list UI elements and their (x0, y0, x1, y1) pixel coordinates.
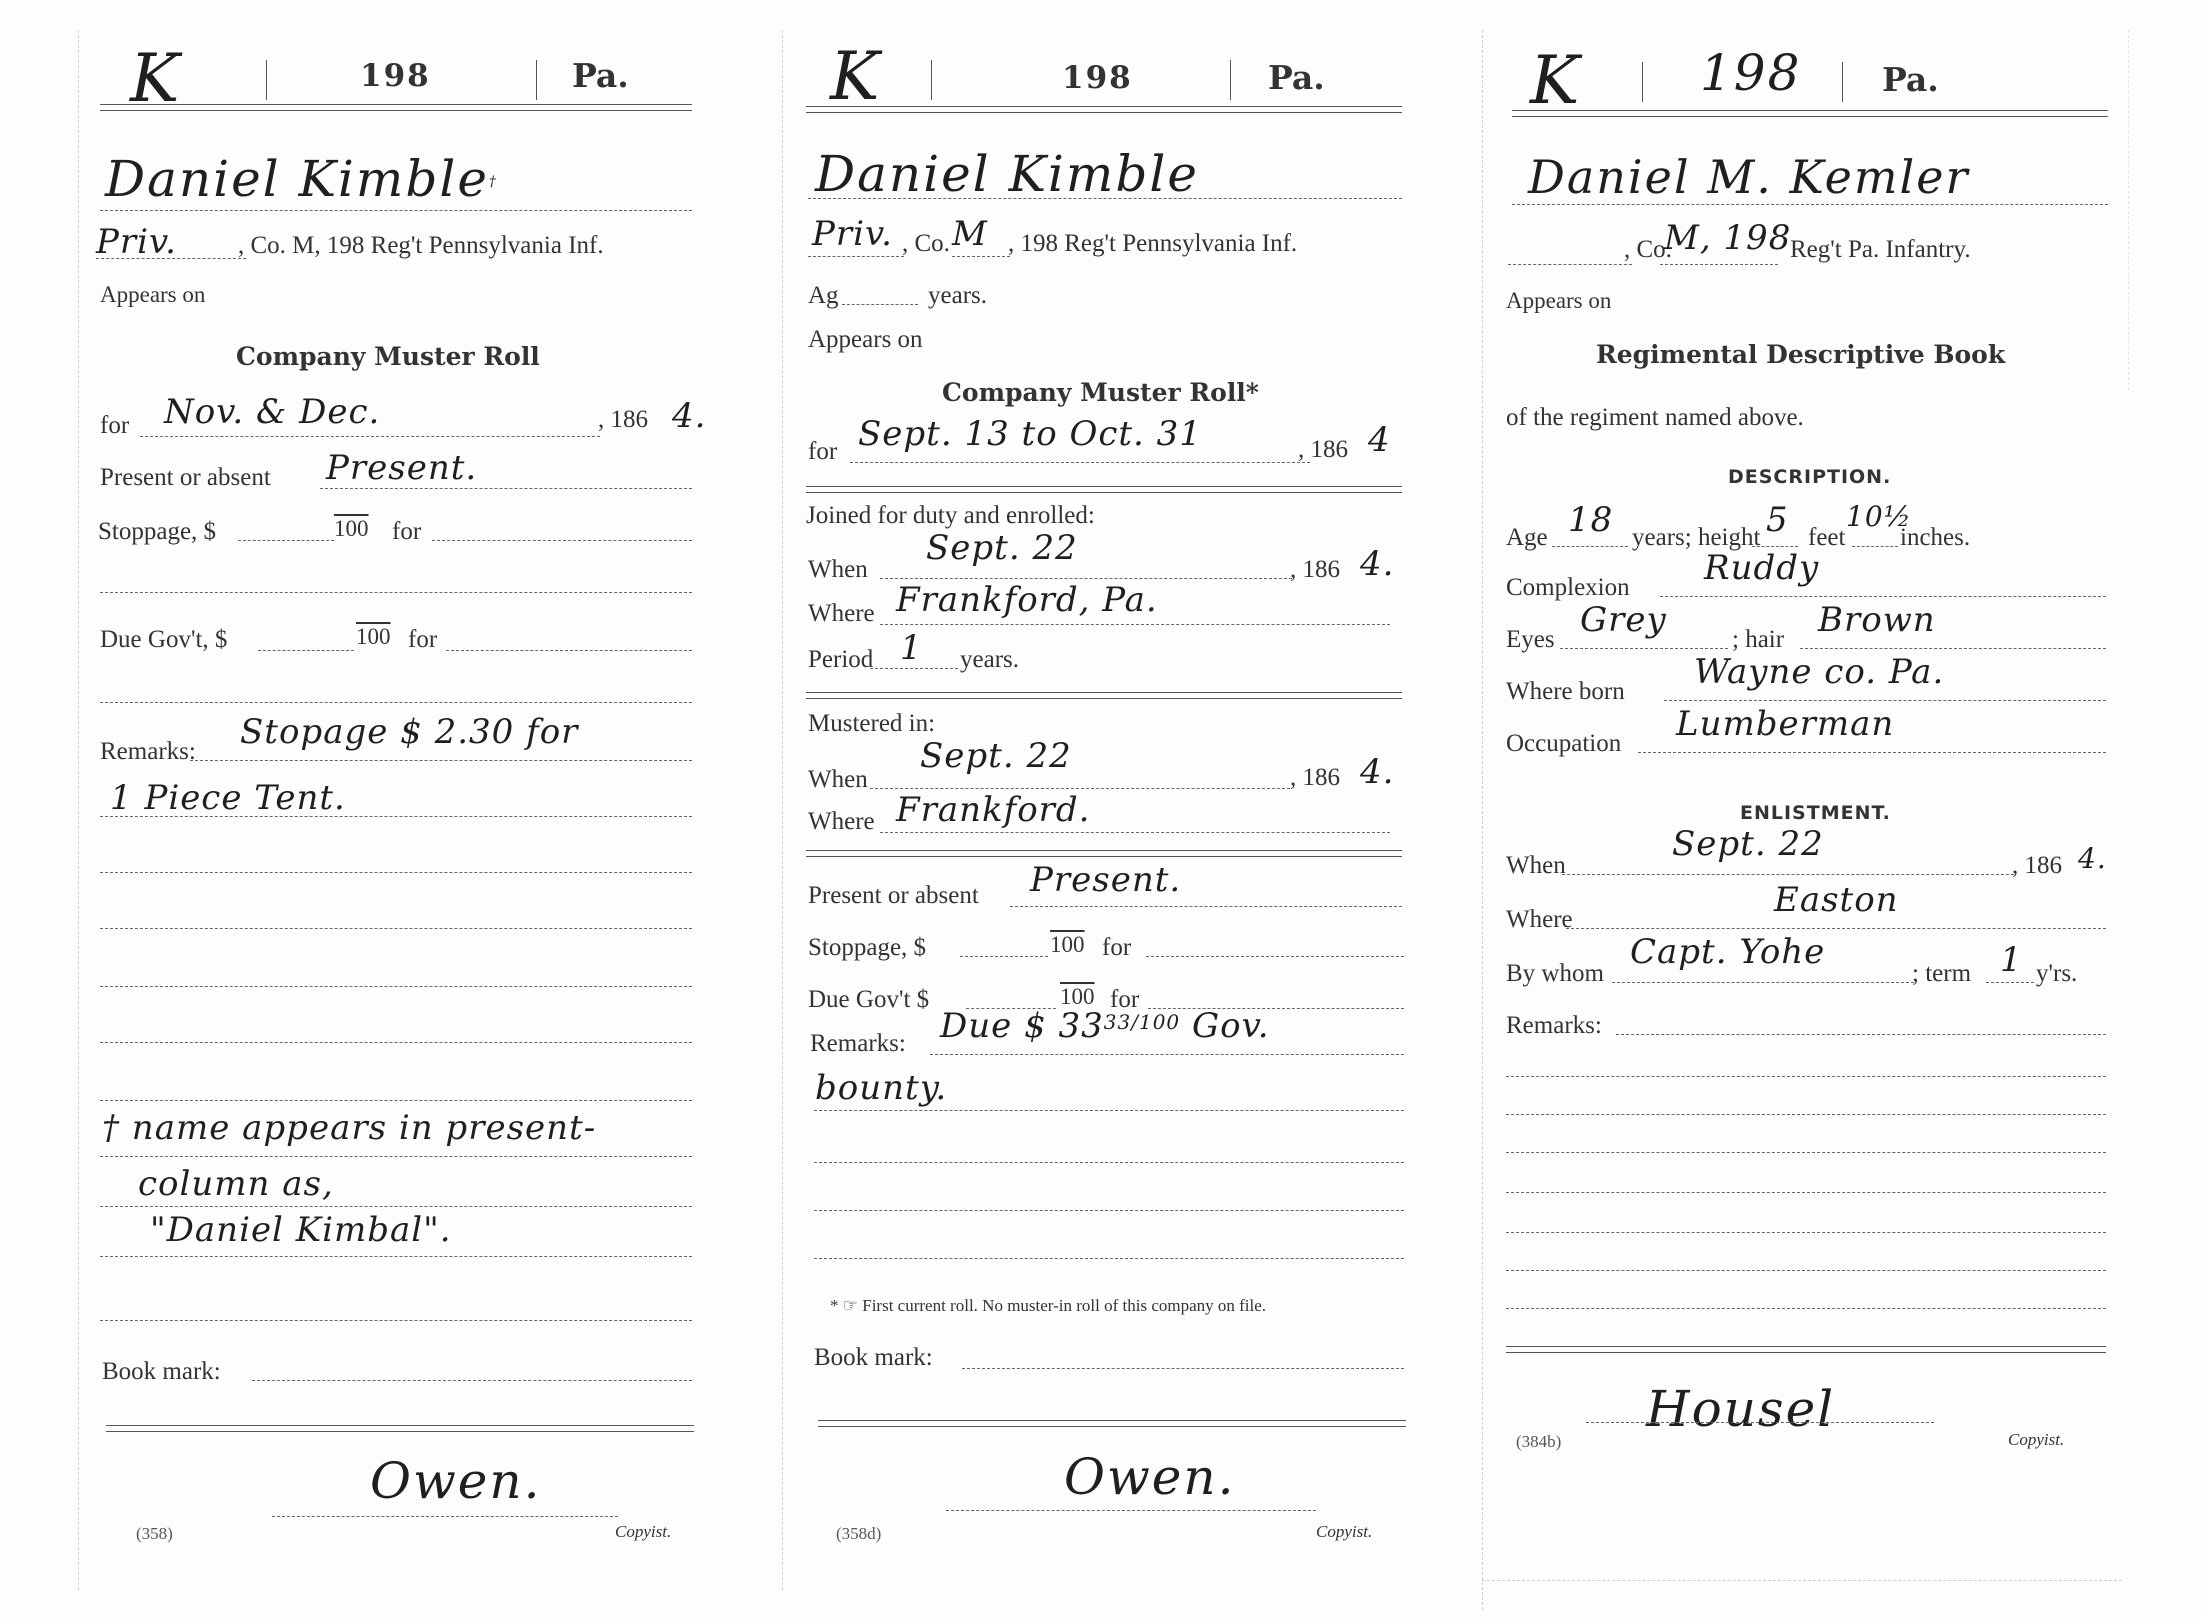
complexion-label: Complexion (1506, 574, 1630, 602)
header-rule (806, 106, 1402, 113)
mustered-when-line (870, 788, 1290, 789)
complexion-line (1660, 596, 2106, 597)
roll-period-value: Nov. & Dec. (164, 392, 380, 432)
header-divider (266, 60, 267, 100)
company-line (1660, 264, 1778, 265)
feet-line (1752, 546, 1798, 547)
header-divider (1842, 62, 1843, 102)
name-line (808, 198, 1402, 199)
year-digit: 4. (672, 396, 706, 436)
rank-line (808, 256, 904, 257)
copyist-label: Copyist. (2008, 1430, 2064, 1450)
age-value: 18 (1568, 500, 1613, 540)
copyist-signature: Housel (1646, 1380, 1835, 1438)
note-line-2: column as, (138, 1164, 334, 1204)
present-value: Present. (326, 448, 477, 488)
period-line (870, 668, 958, 669)
remarks-line (814, 1162, 1404, 1163)
joined-year-prefix: , 186 (1290, 556, 1340, 584)
remarks-line (1506, 1152, 2106, 1153)
header-rule (1512, 110, 2108, 117)
description-heading: DESCRIPTION. (1728, 466, 1891, 488)
rank-value: Priv. (812, 214, 893, 254)
due-gov-label: Due Gov't $ (808, 986, 929, 1014)
copyist-signature: Owen. (370, 1452, 541, 1510)
remarks-line (1506, 1114, 2106, 1115)
mustered-when-value: Sept. 22 (920, 736, 1072, 776)
for-label: for (100, 412, 129, 440)
mustered-where-line (880, 832, 1390, 833)
card-border (782, 30, 783, 1590)
mustered-heading: Mustered in: (808, 710, 935, 738)
remarks-fraction: 33/100 (1104, 1010, 1180, 1034)
mustered-where-label: Where (808, 808, 875, 836)
header-divider (1642, 62, 1643, 102)
remarks-line (100, 1042, 692, 1043)
remarks-line (1506, 1232, 2106, 1233)
present-line (1010, 906, 1402, 907)
period-value: 1 (900, 628, 923, 668)
name-line (1512, 204, 2108, 205)
occupation-label: Occupation (1506, 730, 1621, 758)
note-line (100, 1206, 692, 1207)
term-suffix: y'rs. (2036, 960, 2077, 988)
term-line (1986, 982, 2034, 983)
where-line (1566, 928, 2106, 929)
company-line (952, 256, 1010, 257)
stoppage-label: Stoppage, $ (98, 518, 216, 546)
mustered-year-prefix: , 186 (1290, 764, 1340, 792)
complexion-value: Ruddy (1704, 548, 1819, 588)
remarks-line (814, 1110, 1404, 1111)
note-line-1: † name appears in present- (102, 1108, 596, 1148)
bookmark-label: Book mark: (102, 1358, 221, 1386)
remarks-line (814, 1258, 1404, 1259)
header-divider (536, 60, 537, 100)
roll-period-value: Sept. 13 to Oct. 31 (858, 414, 1202, 454)
header-divider (1230, 60, 1231, 100)
remarks-line (1506, 1270, 2106, 1271)
name-footnote-mark: † (489, 174, 498, 190)
card-border (1482, 30, 1483, 1610)
form-number: (358) (136, 1524, 173, 1544)
remarks-line-1: Stopage $ 2.30 for (240, 712, 578, 752)
remarks-line (1506, 1192, 2106, 1193)
soldier-name: Daniel Kimble (815, 145, 1199, 203)
remarks-line-1: Due $ 3333/100 Gov. (940, 1006, 1270, 1046)
rank-line (96, 258, 246, 259)
for-line (850, 462, 1310, 463)
rank-value: Priv. (96, 222, 177, 262)
due-dollars-line (258, 650, 354, 651)
mustered-when-label: When (808, 766, 868, 794)
remarks-line-2: 1 Piece Tent. (110, 778, 346, 818)
bookmark-label: Book mark: (814, 1344, 933, 1372)
joined-when-value: Sept. 22 (926, 528, 1078, 568)
regiment-number: 198 (1700, 44, 1801, 102)
footer-rule (1506, 1346, 2106, 1353)
bookmark-line (962, 1368, 1404, 1369)
remarks-line (100, 928, 692, 929)
signature-line (1586, 1422, 1934, 1423)
copyist-signature: Owen. (1064, 1448, 1235, 1506)
remarks-line (1506, 1076, 2106, 1077)
eyes-label: Eyes (1506, 626, 1555, 654)
year-prefix: , 186 (1298, 436, 1348, 464)
joined-where-value: Frankford, Pa. (896, 580, 1158, 620)
roll-title: Company Muster Roll (236, 342, 540, 371)
company-letter: K (830, 38, 879, 115)
remarks-line (1506, 1308, 2106, 1309)
period-label: Period (808, 646, 873, 674)
copyist-label: Copyist. (615, 1522, 671, 1542)
company-value: M (952, 214, 988, 254)
due-cents: 100 (356, 624, 391, 650)
due-gov-label: Due Gov't, $ (100, 626, 227, 654)
born-value: Wayne co. Pa. (1694, 652, 1944, 692)
roll-title: Company Muster Roll* (942, 378, 1259, 407)
remarks-line (814, 1210, 1404, 1211)
born-line (1664, 700, 2106, 701)
co-label: , Co. (902, 230, 950, 258)
stoppage-for-line (1146, 956, 1404, 957)
age-suffix: years. (928, 282, 987, 310)
footer-rule (818, 1420, 1406, 1427)
present-label: Present or absent (808, 882, 979, 910)
term-label: ; term (1912, 960, 1971, 988)
remarks-label: Remarks: (810, 1030, 906, 1058)
header-rule (100, 104, 692, 111)
copyist-label: Copyist. (1316, 1522, 1372, 1542)
remarks-line (100, 986, 692, 987)
age-line (1552, 546, 1628, 547)
for-label: for (808, 438, 837, 466)
due-for-label: for (408, 626, 437, 654)
section-rule (806, 486, 1402, 493)
footer-rule (106, 1425, 694, 1432)
remarks-line-2: bounty. (815, 1068, 947, 1108)
regiment-number: 198 (1062, 60, 1133, 96)
state-abbrev: Pa. (572, 56, 629, 95)
appears-on-label: Appears on (100, 282, 205, 308)
remarks-line (190, 760, 692, 761)
year-digit: 4. (2078, 842, 2107, 875)
joined-when-line (880, 578, 1292, 579)
remarks-line (100, 872, 692, 873)
year-prefix: , 186 (2012, 852, 2062, 880)
form-number: (384b) (1516, 1432, 1561, 1452)
note-line-3: "Daniel Kimbal". (150, 1210, 452, 1250)
remarks-line (100, 1100, 692, 1101)
bookmark-line (252, 1380, 692, 1381)
when-label: When (1506, 852, 1566, 880)
mustered-year-digit: 4. (1360, 752, 1394, 792)
stoppage-dollars-line (960, 956, 1048, 957)
year-digit: 4 (1368, 420, 1391, 460)
blank-line (100, 702, 692, 703)
age-label: Ag (808, 282, 839, 310)
remarks-line (930, 1054, 1404, 1055)
header-divider (931, 60, 932, 100)
for-line (140, 436, 600, 437)
blank-line (100, 1320, 692, 1321)
inches-line (1852, 546, 1898, 547)
stoppage-cents: 100 (334, 516, 369, 542)
section-rule (806, 692, 1402, 699)
company-regiment-value: M, 198 (1664, 218, 1791, 258)
footnote: * ☞ First current roll. No muster-in rol… (830, 1296, 1266, 1316)
by-whom-label: By whom (1506, 960, 1604, 988)
enlistment-heading: ENLISTMENT. (1740, 802, 1891, 824)
joined-where-label: Where (808, 600, 875, 628)
blank-line (100, 592, 692, 593)
age-line (842, 304, 918, 305)
mustered-where-value: Frankford. (896, 790, 1091, 830)
where-label: Where (1506, 906, 1573, 934)
year-prefix: , 186 (598, 406, 648, 434)
present-line (320, 488, 692, 489)
company-letter: K (1530, 42, 1579, 119)
regiment-number: 198 (360, 58, 431, 94)
occupation-value: Lumberman (1676, 704, 1894, 744)
note-line (100, 1256, 692, 1257)
joined-where-line (880, 624, 1390, 625)
by-whom-line (1612, 982, 1914, 983)
present-label: Present or absent (100, 464, 271, 492)
eyes-line (1560, 648, 1728, 649)
inches-label: inches. (1900, 524, 1970, 552)
state-abbrev: Pa. (1882, 60, 1939, 99)
hair-line (1800, 648, 2106, 649)
remarks-label: Remarks: (100, 738, 196, 766)
due-for-line (446, 650, 692, 651)
joined-heading: Joined for duty and enrolled: (806, 502, 1095, 530)
stoppage-for-line (432, 540, 692, 541)
book-title: Regimental Descriptive Book (1596, 340, 2005, 369)
remarks-line (100, 816, 692, 817)
when-value: Sept. 22 (1672, 824, 1824, 864)
soldier-name: Daniel M. Kemler (1528, 150, 1969, 204)
hair-label: ; hair (1732, 626, 1784, 654)
height-feet-value: 5 (1766, 500, 1789, 540)
card-border (2128, 30, 2129, 390)
stoppage-for-label: for (1102, 934, 1131, 962)
unit-line: , 198 Reg't Pennsylvania Inf. (1008, 230, 1297, 258)
born-label: Where born (1506, 678, 1625, 706)
signature-line (946, 1510, 1316, 1511)
unit-line: Reg't Pa. Infantry. (1790, 236, 1971, 264)
present-value: Present. (1030, 860, 1181, 900)
soldier-name: Daniel Kimble† (105, 150, 498, 208)
appears-on-label: Appears on (1506, 288, 1611, 314)
card-border (78, 30, 79, 1590)
where-value: Easton (1774, 880, 1899, 920)
stoppage-label: Stoppage, $ (808, 934, 926, 962)
hair-value: Brown (1818, 600, 1936, 640)
stoppage-for-label: for (392, 518, 421, 546)
note-line (100, 1156, 692, 1157)
stoppage-dollars-line (238, 540, 334, 541)
form-number: (358d) (836, 1524, 881, 1544)
joined-year-digit: 4. (1360, 544, 1394, 584)
joined-when-label: When (808, 556, 868, 584)
remarks-label: Remarks: (1506, 1012, 1602, 1040)
period-suffix: years. (960, 646, 1019, 674)
appears-on-label: Appears on (808, 326, 923, 354)
eyes-value: Grey (1580, 600, 1667, 640)
remarks-line (1616, 1034, 2106, 1035)
card-bottom-edge (1482, 1580, 2122, 1581)
age-label: Age (1506, 524, 1548, 552)
name-line (100, 210, 692, 211)
signature-line (272, 1516, 618, 1517)
unit-line: , Co. M, 198 Reg't Pennsylvania Inf. (238, 232, 604, 260)
when-line (1562, 874, 2014, 875)
occupation-line (1638, 752, 2106, 753)
rank-line (1508, 264, 1632, 265)
state-abbrev: Pa. (1268, 58, 1325, 97)
section-rule (806, 850, 1402, 857)
by-whom-value: Capt. Yohe (1630, 932, 1825, 972)
stoppage-cents: 100 (1050, 932, 1085, 958)
of-regiment-label: of the regiment named above. (1506, 404, 1804, 432)
term-value: 1 (2000, 940, 2023, 980)
